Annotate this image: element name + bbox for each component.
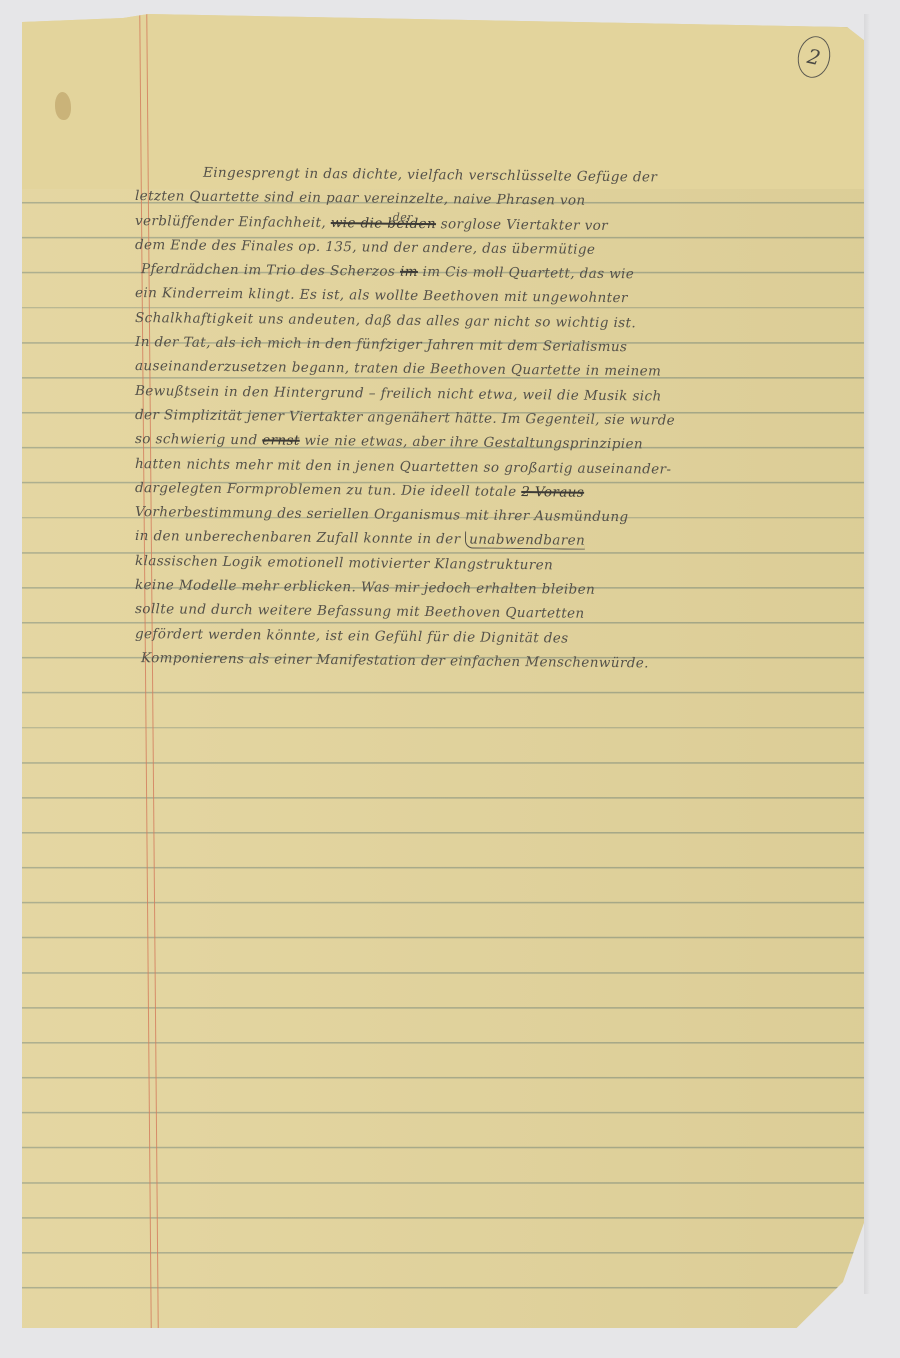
line-text: Pferdrädchen im Trio des Scherzos <box>141 261 400 280</box>
circled-word: unabwendbaren <box>465 532 585 550</box>
paper-edge-shadow <box>864 14 870 1294</box>
paper-stain <box>55 92 71 120</box>
struck-text: wie die beiden <box>331 215 436 232</box>
struck-text: im <box>400 264 418 280</box>
struck-text: ernst <box>262 433 300 449</box>
struck-text: 2 Voraus <box>521 484 584 501</box>
line-text: dargelegten Formproblemen zu tun. Die id… <box>135 480 521 500</box>
line-text: im Cis moll Quartett, das wie <box>418 264 634 282</box>
line-text: so schwierig und <box>135 431 262 448</box>
line-text: in den unberechenbaren Zufall konnte in … <box>135 528 465 547</box>
line-text: verblüffender Einfachheit, <box>135 213 331 231</box>
line-text: sorglose Viertakter vor <box>436 216 608 234</box>
manuscript-text: Eingesprengt in das dichte, vielfach ver… <box>135 160 815 670</box>
line-text: wie nie etwas, aber ihre Gestaltungsprin… <box>300 433 643 453</box>
inserted-word: der <box>393 205 413 229</box>
